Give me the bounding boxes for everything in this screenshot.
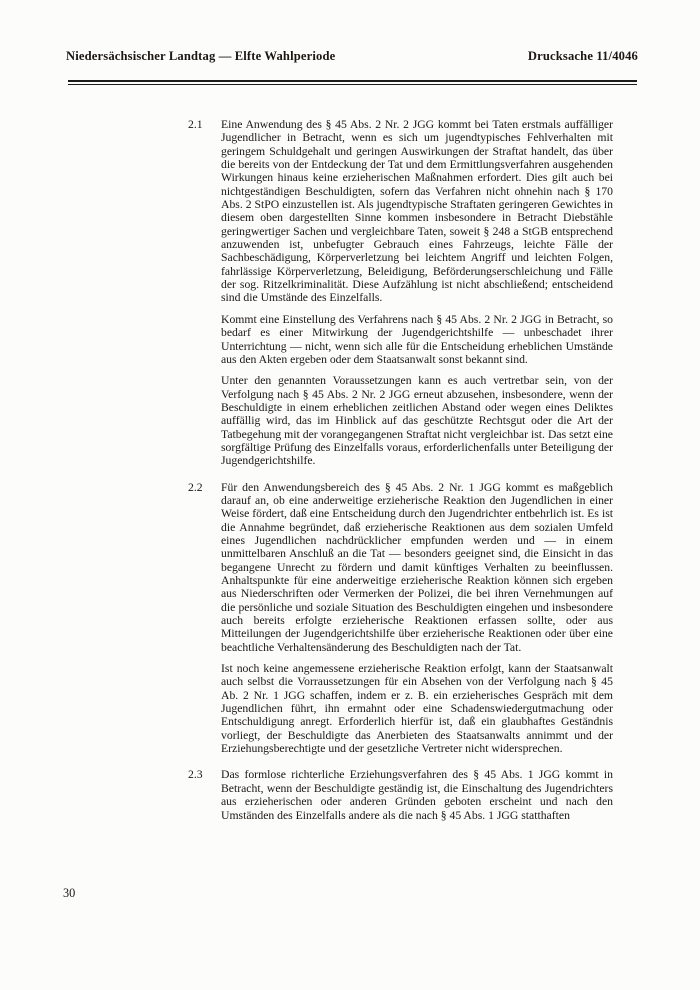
section-2-1: 2.1 Eine Anwendung des § 45 Abs. 2 Nr. 2… bbox=[188, 118, 613, 468]
page-header: Niedersächsischer Landtag — Elfte Wahlpe… bbox=[66, 49, 638, 64]
header-left-title: Niedersächsischer Landtag — Elfte Wahlpe… bbox=[66, 49, 335, 64]
section-2-2: 2.2 Für den Anwendungsbereich des § 45 A… bbox=[188, 481, 613, 756]
paragraph: Das formlose richterliche Erziehungsverf… bbox=[221, 768, 613, 821]
section-paragraphs: Für den Anwendungsbereich des § 45 Abs. … bbox=[221, 481, 613, 756]
section-number: 2.2 bbox=[188, 481, 221, 756]
page-number: 30 bbox=[63, 886, 75, 901]
section-paragraphs: Eine Anwendung des § 45 Abs. 2 Nr. 2 JGG… bbox=[221, 118, 613, 468]
header-rule bbox=[68, 80, 637, 85]
paragraph: Unter den genannten Voraussetzungen kann… bbox=[221, 374, 613, 467]
paragraph: Für den Anwendungsbereich des § 45 Abs. … bbox=[221, 481, 613, 654]
paragraph: Eine Anwendung des § 45 Abs. 2 Nr. 2 JGG… bbox=[221, 118, 613, 305]
header-right-doc-id: Drucksache 11/4046 bbox=[528, 49, 638, 64]
section-number: 2.1 bbox=[188, 118, 221, 468]
paragraph: Kommt eine Einstellung des Verfahrens na… bbox=[221, 313, 613, 366]
document-body: 2.1 Eine Anwendung des § 45 Abs. 2 Nr. 2… bbox=[188, 118, 613, 835]
document-page: Niedersächsischer Landtag — Elfte Wahlpe… bbox=[0, 0, 700, 990]
paragraph: Ist noch keine angemessene erzieherische… bbox=[221, 662, 613, 755]
section-2-3: 2.3 Das formlose richterliche Erziehungs… bbox=[188, 768, 613, 821]
section-paragraphs: Das formlose richterliche Erziehungsverf… bbox=[221, 768, 613, 821]
section-number: 2.3 bbox=[188, 768, 221, 821]
